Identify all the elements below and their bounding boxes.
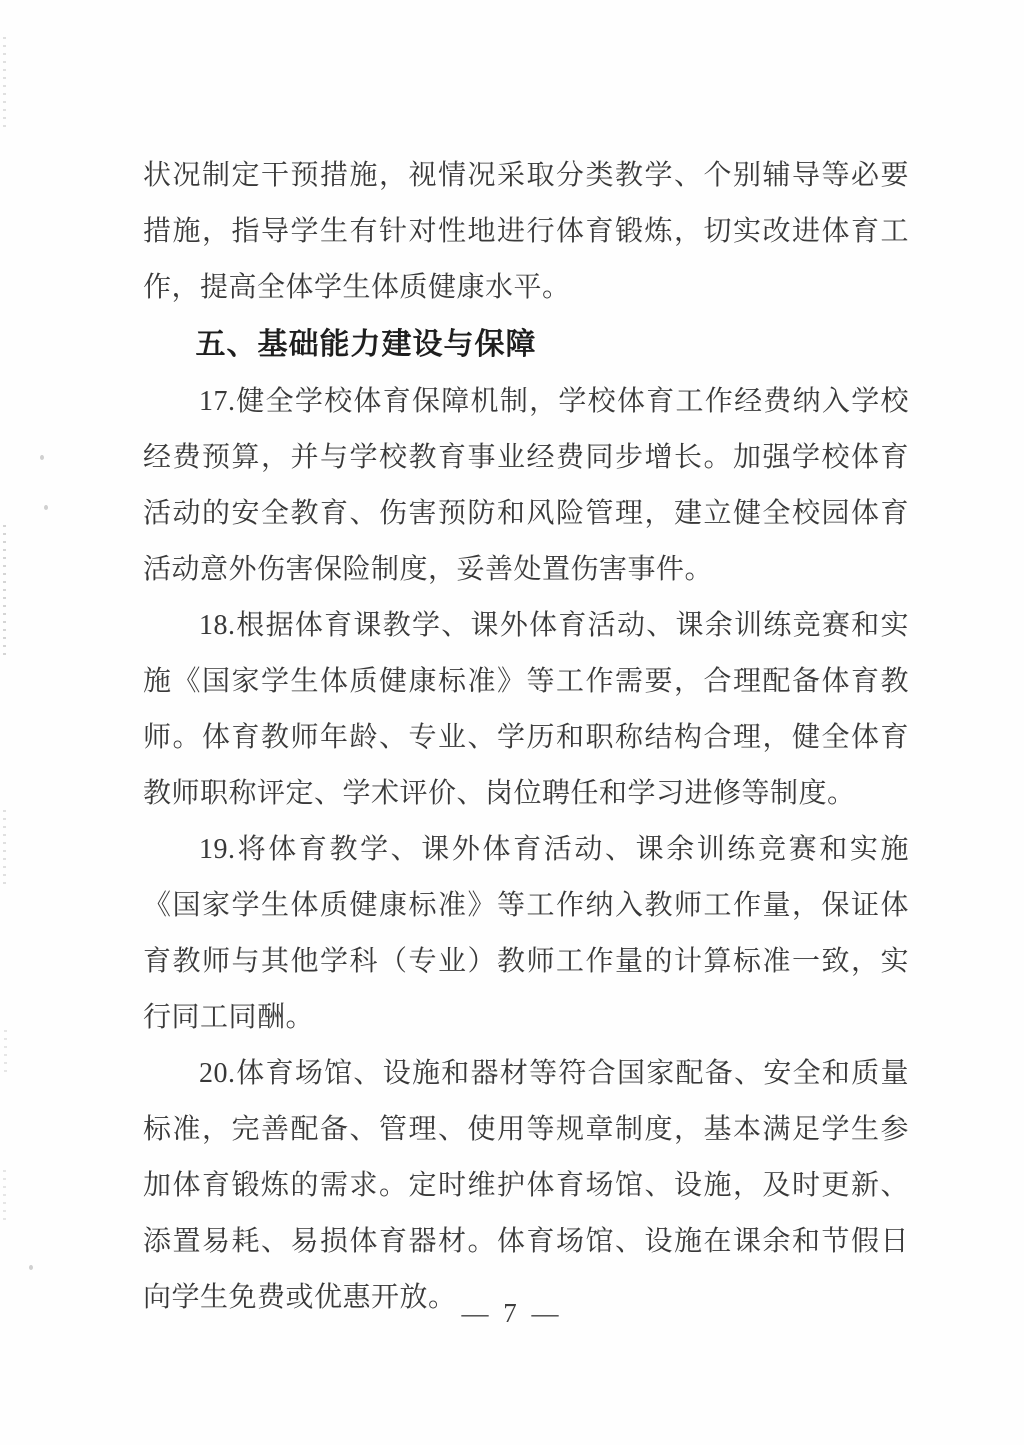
numbered-paragraph-19: 19.将体育教学、课外体育活动、课余训练竞赛和实施《国家学生体质健康标准》等工作…: [143, 822, 909, 1046]
page-body-text: 状况制定干预措施，视情况采取分类教学、个别辅导等必要措施，指导学生有针对性地进行…: [143, 148, 909, 1326]
scan-artifact: [4, 1030, 7, 1075]
section-heading: 五、基础能力建设与保障: [143, 316, 909, 374]
scan-artifact: [3, 1170, 6, 1225]
paragraph-continuation: 状况制定干预措施，视情况采取分类教学、个别辅导等必要措施，指导学生有针对性地进行…: [143, 148, 909, 316]
numbered-paragraph-20: 20.体育场馆、设施和器材等符合国家配备、安全和质量标准，完善配备、管理、使用等…: [143, 1046, 909, 1326]
scan-artifact: [3, 810, 6, 885]
scanned-document-page: 状况制定干预措施，视情况采取分类教学、个别辅导等必要措施，指导学生有针对性地进行…: [0, 0, 1024, 1445]
scan-artifact: [40, 455, 44, 460]
numbered-paragraph-18: 18.根据体育课教学、课外体育活动、课余训练竞赛和实施《国家学生体质健康标准》等…: [143, 598, 909, 822]
scan-artifact: [44, 505, 48, 510]
page-number: — 7 —: [0, 1298, 1024, 1329]
scan-artifact: [29, 1265, 33, 1270]
scan-artifact: [3, 525, 6, 655]
scan-artifact: [3, 37, 6, 132]
numbered-paragraph-17: 17.健全学校体育保障机制，学校体育工作经费纳入学校经费预算，并与学校教育事业经…: [143, 374, 909, 598]
